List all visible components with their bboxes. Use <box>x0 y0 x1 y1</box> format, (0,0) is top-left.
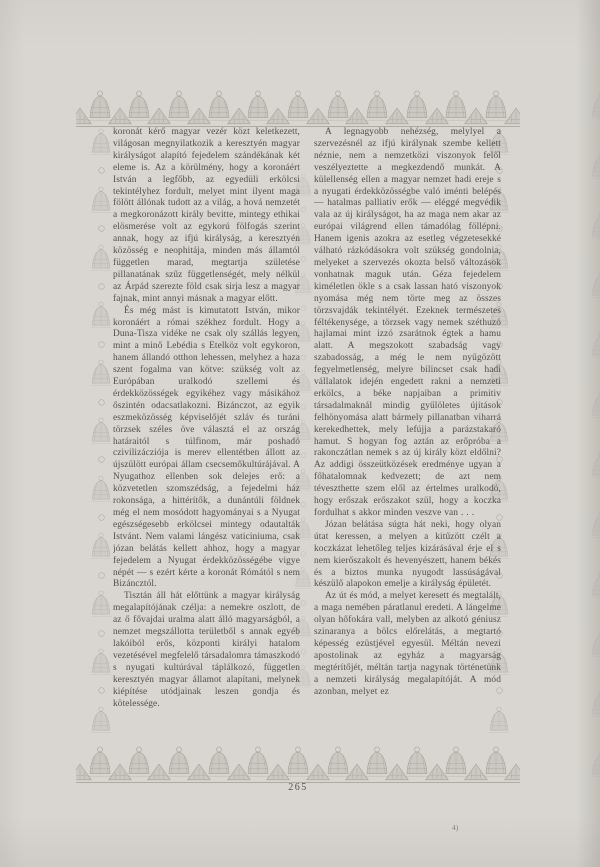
bell-ornament-icon <box>588 269 600 301</box>
paragraph: Józan belátása súgta hát neki, hogy olya… <box>314 520 501 591</box>
bell-ornament-icon <box>588 569 600 601</box>
paragraph: Tisztán áll hát előttünk a magyar király… <box>113 591 300 710</box>
bell-ornament-icon <box>588 509 600 541</box>
ring-ornament-icon <box>97 166 106 175</box>
triangle-ornament-icon <box>503 106 520 126</box>
ring-ornament-icon <box>299 550 307 558</box>
bell-ornament-icon <box>88 184 114 216</box>
ring-ornament-icon <box>97 513 106 522</box>
paragraph: koronát kérő magyar vezér közt keletkeze… <box>113 127 300 306</box>
page-number: 265 <box>78 782 518 793</box>
ring-ornament-icon <box>97 455 106 464</box>
bell-ornament-icon <box>88 242 114 274</box>
printers-signature-mark: 4) <box>452 823 458 832</box>
bell-ornament-icon <box>588 329 600 361</box>
book-page-scan: koronát kérő magyar vezér közt keletkeze… <box>0 0 600 867</box>
ring-ornament-icon <box>97 629 106 638</box>
paragraph: A legnagyobb nehézség, melylyel a szerve… <box>314 127 501 520</box>
ornament-border-bottom <box>76 736 520 783</box>
bell-ornament-icon <box>88 646 114 678</box>
paragraph: Az út és mód, a melyet keresett és megta… <box>314 591 501 698</box>
ring-ornament-icon <box>97 340 106 349</box>
ring-ornament-icon <box>97 571 106 580</box>
bell-ornament-icon <box>588 210 600 242</box>
bell-ornament-icon <box>88 473 114 505</box>
text-column-right: A legnagyobb nehézség, melylyel a szerve… <box>314 127 501 739</box>
ornament-border-top <box>76 80 520 127</box>
bell-ornament-icon <box>588 748 600 780</box>
bell-ornament-icon <box>88 704 114 736</box>
ring-ornament-icon <box>299 599 307 607</box>
triangle-ornament-icon <box>503 762 520 782</box>
bell-ornament-icon <box>588 688 600 720</box>
bell-ornament-icon <box>88 530 114 562</box>
bell-ornament-icon <box>588 628 600 660</box>
ring-ornament-icon <box>299 255 307 263</box>
ring-ornament-icon <box>97 224 106 233</box>
bell-ornament-icon <box>88 299 114 331</box>
bell-ornament-icon <box>88 415 114 447</box>
bell-ornament-icon <box>588 389 600 421</box>
paragraph: És még mást is kimutatott István, mikor … <box>113 306 300 592</box>
bell-ornament-icon <box>88 588 114 620</box>
ring-ornament-icon <box>299 452 307 460</box>
bell-ornament-icon <box>588 150 600 182</box>
bell-ornament-icon <box>588 449 600 481</box>
ring-ornament-icon <box>299 648 307 656</box>
ring-ornament-icon <box>299 501 307 509</box>
ring-ornament-icon <box>97 398 106 407</box>
ring-ornament-icon <box>97 686 106 695</box>
bell-ornament-icon <box>88 126 114 158</box>
ring-ornament-icon <box>299 206 307 214</box>
bell-ornament-icon <box>88 357 114 389</box>
text-column-left: koronát kérő magyar vezér közt keletkeze… <box>113 127 300 739</box>
ring-ornament-icon <box>299 353 307 361</box>
facing-page-edge-ornaments <box>588 90 600 780</box>
bell-ornament-icon <box>588 90 600 122</box>
ring-ornament-icon <box>299 403 307 411</box>
ring-ornament-icon <box>97 282 106 291</box>
ring-ornament-icon <box>299 304 307 312</box>
